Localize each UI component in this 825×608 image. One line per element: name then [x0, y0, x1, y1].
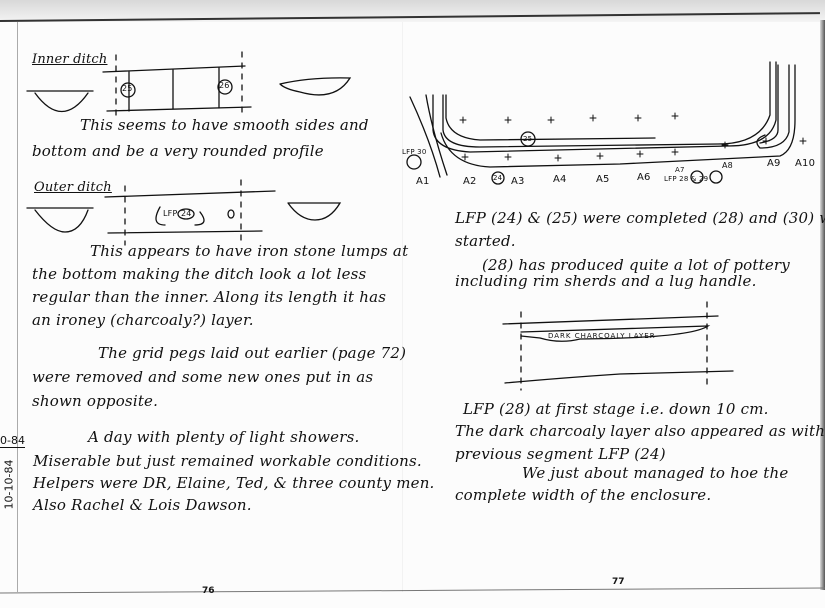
lfp-label: LFP [163, 209, 177, 218]
weather-text-line: A day with plenty of light showers. [88, 428, 359, 446]
observations-text-line: The dark charcoaly layer also appeared a… [455, 422, 825, 440]
notebook-spread: Inner ditch 25 26 This seems to have smo… [0, 0, 825, 608]
peg-label-a8: A8 [722, 161, 733, 170]
outer-ditch-text-line: an ironey (charcoaly?) layer. [32, 311, 254, 329]
segment-29-circle [710, 171, 722, 183]
notes-text-line: including rim sherds and a lug handle. [455, 272, 757, 290]
grid-pegs-text-line: were removed and some new ones put in as [32, 368, 373, 386]
section-label-25: 25 [122, 84, 133, 93]
margin-date-top: 0-84 [0, 434, 25, 448]
segment-label-lfp28-29: LFP 28 & 29 [664, 175, 708, 183]
site-plan [410, 62, 795, 177]
observations-text-line: We just about managed to hoe the [522, 464, 788, 482]
segment-label-lfp30: LFP 30 [402, 148, 426, 156]
inner-ditch-profile-left [27, 91, 93, 112]
peg-label-a2: A2 [463, 176, 477, 187]
inner-ditch-heading: Inner ditch [32, 52, 107, 67]
peg-label-a3: A3 [511, 176, 525, 187]
inner-ditch-text-line: bottom and be a very rounded profile [32, 142, 324, 160]
observations-text-line: complete width of the enclosure. [455, 486, 711, 504]
peg-label-a9: A9 [767, 158, 781, 169]
outer-ditch-profile-right [288, 203, 340, 220]
inner-ditch-profile-right [280, 78, 350, 95]
outer-ditch-text-line: regular than the inner. Along its length… [32, 288, 386, 306]
peg-label-a7: A7 [675, 166, 685, 174]
layer-label: DARK CHARCOALY LAYER [548, 332, 656, 340]
weather-text-line: Miserable but just remained workable con… [33, 452, 422, 470]
page-number-left: 76 [202, 586, 215, 596]
observations-text-line: LFP (28) at first stage i.e. down 10 cm. [463, 400, 769, 418]
weather-text-line: Helpers were DR, Elaine, Ted, & three co… [33, 474, 435, 492]
section-label-26: 26 [219, 81, 230, 90]
segment-30-circle [407, 155, 421, 169]
observations-text-line: previous segment LFP (24) [455, 445, 666, 463]
outer-ditch-heading: Outer ditch [34, 180, 112, 195]
grid-pegs-text-line: shown opposite. [32, 392, 158, 410]
outer-ditch-text-line: the bottom making the ditch look a lot l… [32, 265, 366, 283]
outer-ditch-text-line: This appears to have iron stone lumps at [90, 242, 408, 260]
notes-text-line: LFP (24) & (25) were completed (28) and … [455, 209, 825, 227]
grid-pegs [460, 113, 806, 161]
peg-label-a4: A4 [553, 174, 567, 185]
weather-text-line: Also Rachel & Lois Dawson. [33, 496, 252, 514]
peg-label-a1: A1 [416, 176, 430, 187]
section-drawing [503, 302, 733, 390]
page-number-right: 77 [612, 577, 625, 587]
outer-ditch-profile-left [27, 208, 93, 232]
inner-ditch-text-line: This seems to have smooth sides and [80, 116, 369, 134]
section-label-24: 24 [181, 209, 192, 218]
segment-label-24: 24 [493, 174, 502, 182]
peg-label-a6: A6 [637, 172, 651, 183]
segment-label-25: 25 [523, 135, 532, 143]
peg-label-a10: A10 [795, 158, 815, 169]
peg-label-a5: A5 [596, 174, 610, 185]
grid-pegs-text-line: The grid pegs laid out earlier (page 72) [98, 344, 406, 362]
notes-text-line: started. [455, 232, 516, 250]
margin-date-vertical: 10-10-84 [2, 460, 15, 510]
